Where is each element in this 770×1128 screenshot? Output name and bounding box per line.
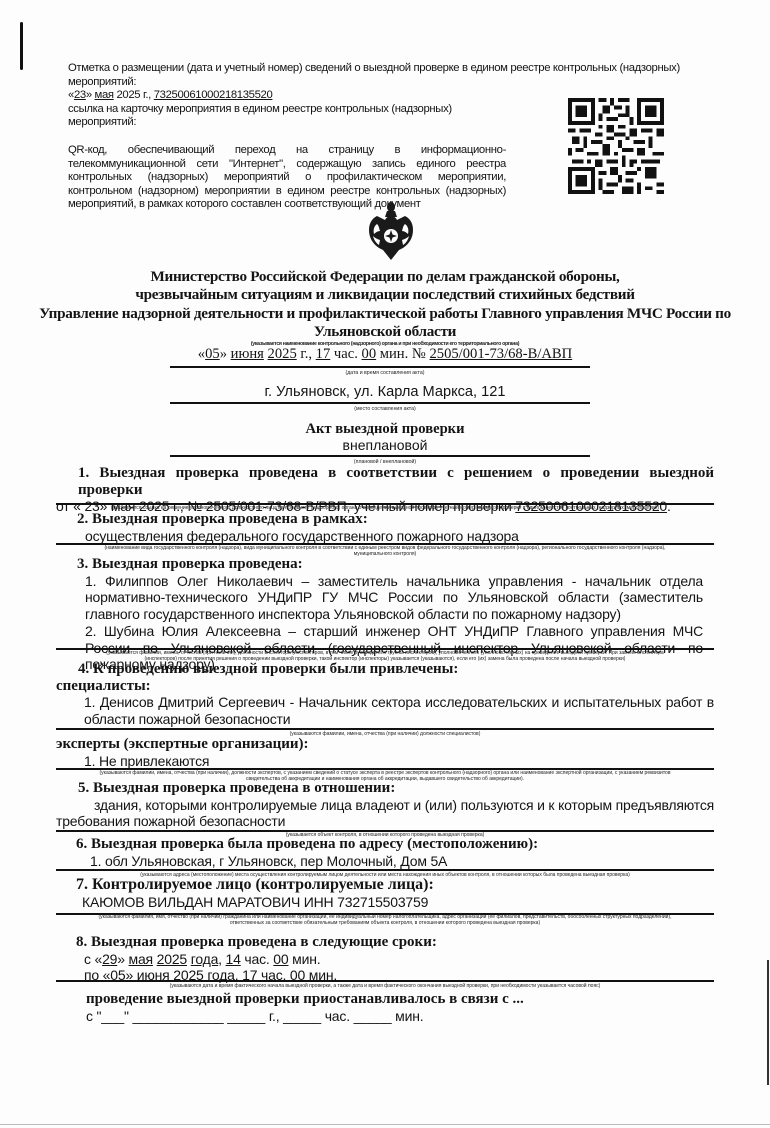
controlled-person: КАЮМОВ ВИЛЬДАН МАРАТОВИЧ ИНН 73271550375… [56, 894, 714, 911]
registry-number: 73250061000218135520 [154, 89, 273, 101]
specialists-label: специалисты: [56, 678, 714, 695]
section-4: 4. К проведению выездной проверки были п… [56, 661, 714, 728]
act-title: Акт выездной проверки [40, 421, 730, 438]
suspension-blank: с "___" ____________ _____ г., _____ час… [86, 1008, 686, 1025]
act-number: 2505/001-73/68-В/АВП [429, 346, 572, 362]
expert-item: 1. Не привлекаются [56, 753, 714, 770]
organization-name: Министерство Российской Федерации по дел… [40, 268, 730, 347]
section-5: 5. Выездная проверка проведена в отношен… [56, 780, 714, 830]
experts: эксперты (экспертные организации): 1. Не… [56, 736, 714, 769]
divider [56, 980, 714, 982]
experts-label: эксперты (экспертные организации): [56, 736, 714, 753]
divider [56, 869, 714, 871]
scan-edge-mark [20, 22, 23, 70]
inspector-item: 1. Филиппов Олег Николаевич – заместител… [63, 573, 703, 623]
scan-edge-line [767, 960, 769, 1085]
divider [56, 728, 714, 730]
inspection-start: с «29» мая 2025 года, 14 час. 00 мин. [56, 951, 714, 968]
divider [170, 366, 590, 368]
inspection-address: 1. обл Ульяновская, г Ульяновск, пер Мол… [56, 853, 714, 870]
qr-description: QR-код, обеспечивающий переход на страни… [68, 144, 506, 212]
registry-note-line2: мероприятий: [68, 76, 680, 90]
act-place: г. Ульяновск, ул. Карла Маркса, 121 [40, 384, 730, 400]
section-8: 8. Выездная проверка проведена в следующ… [56, 934, 714, 984]
divider [170, 402, 590, 404]
section-2: 2. Выездная проверка проведена в рамках:… [63, 511, 699, 544]
mchs-emblem-icon [363, 200, 419, 264]
act-place-caption: (место составления акта) [40, 406, 730, 412]
section-6: 6. Выездная проверка была проведена по а… [56, 836, 714, 869]
act-datetime-caption: (дата и время составления акта) [40, 370, 730, 376]
page-bottom-border [0, 1124, 770, 1125]
divider [170, 455, 590, 457]
section-8-caption: (указываются дата и время фактического н… [56, 983, 714, 989]
suspension: проведение выездной проверки приостанавл… [86, 991, 686, 1024]
act-datetime-number: «05» июня 2025 г., 17 час. 00 мин. № 250… [40, 346, 730, 363]
suspension-label: проведение выездной проверки приостанавл… [86, 991, 686, 1008]
registry-note-line1: Отметка о размещении (дата и учетный ном… [68, 62, 680, 76]
qr-code-icon[interactable] [568, 98, 664, 194]
section-7: 7. Контролируемое лицо (контролируемые л… [56, 877, 714, 910]
specialist-item: 1. Денисов Дмитрий Сергеевич - Начальник… [56, 694, 714, 727]
document-page: Отметка о размещении (дата и учетный ном… [0, 0, 770, 1128]
act-type: внеплановой [40, 437, 730, 453]
section-7-caption: (указываются фамилия, имя, отчество (при… [56, 914, 714, 926]
